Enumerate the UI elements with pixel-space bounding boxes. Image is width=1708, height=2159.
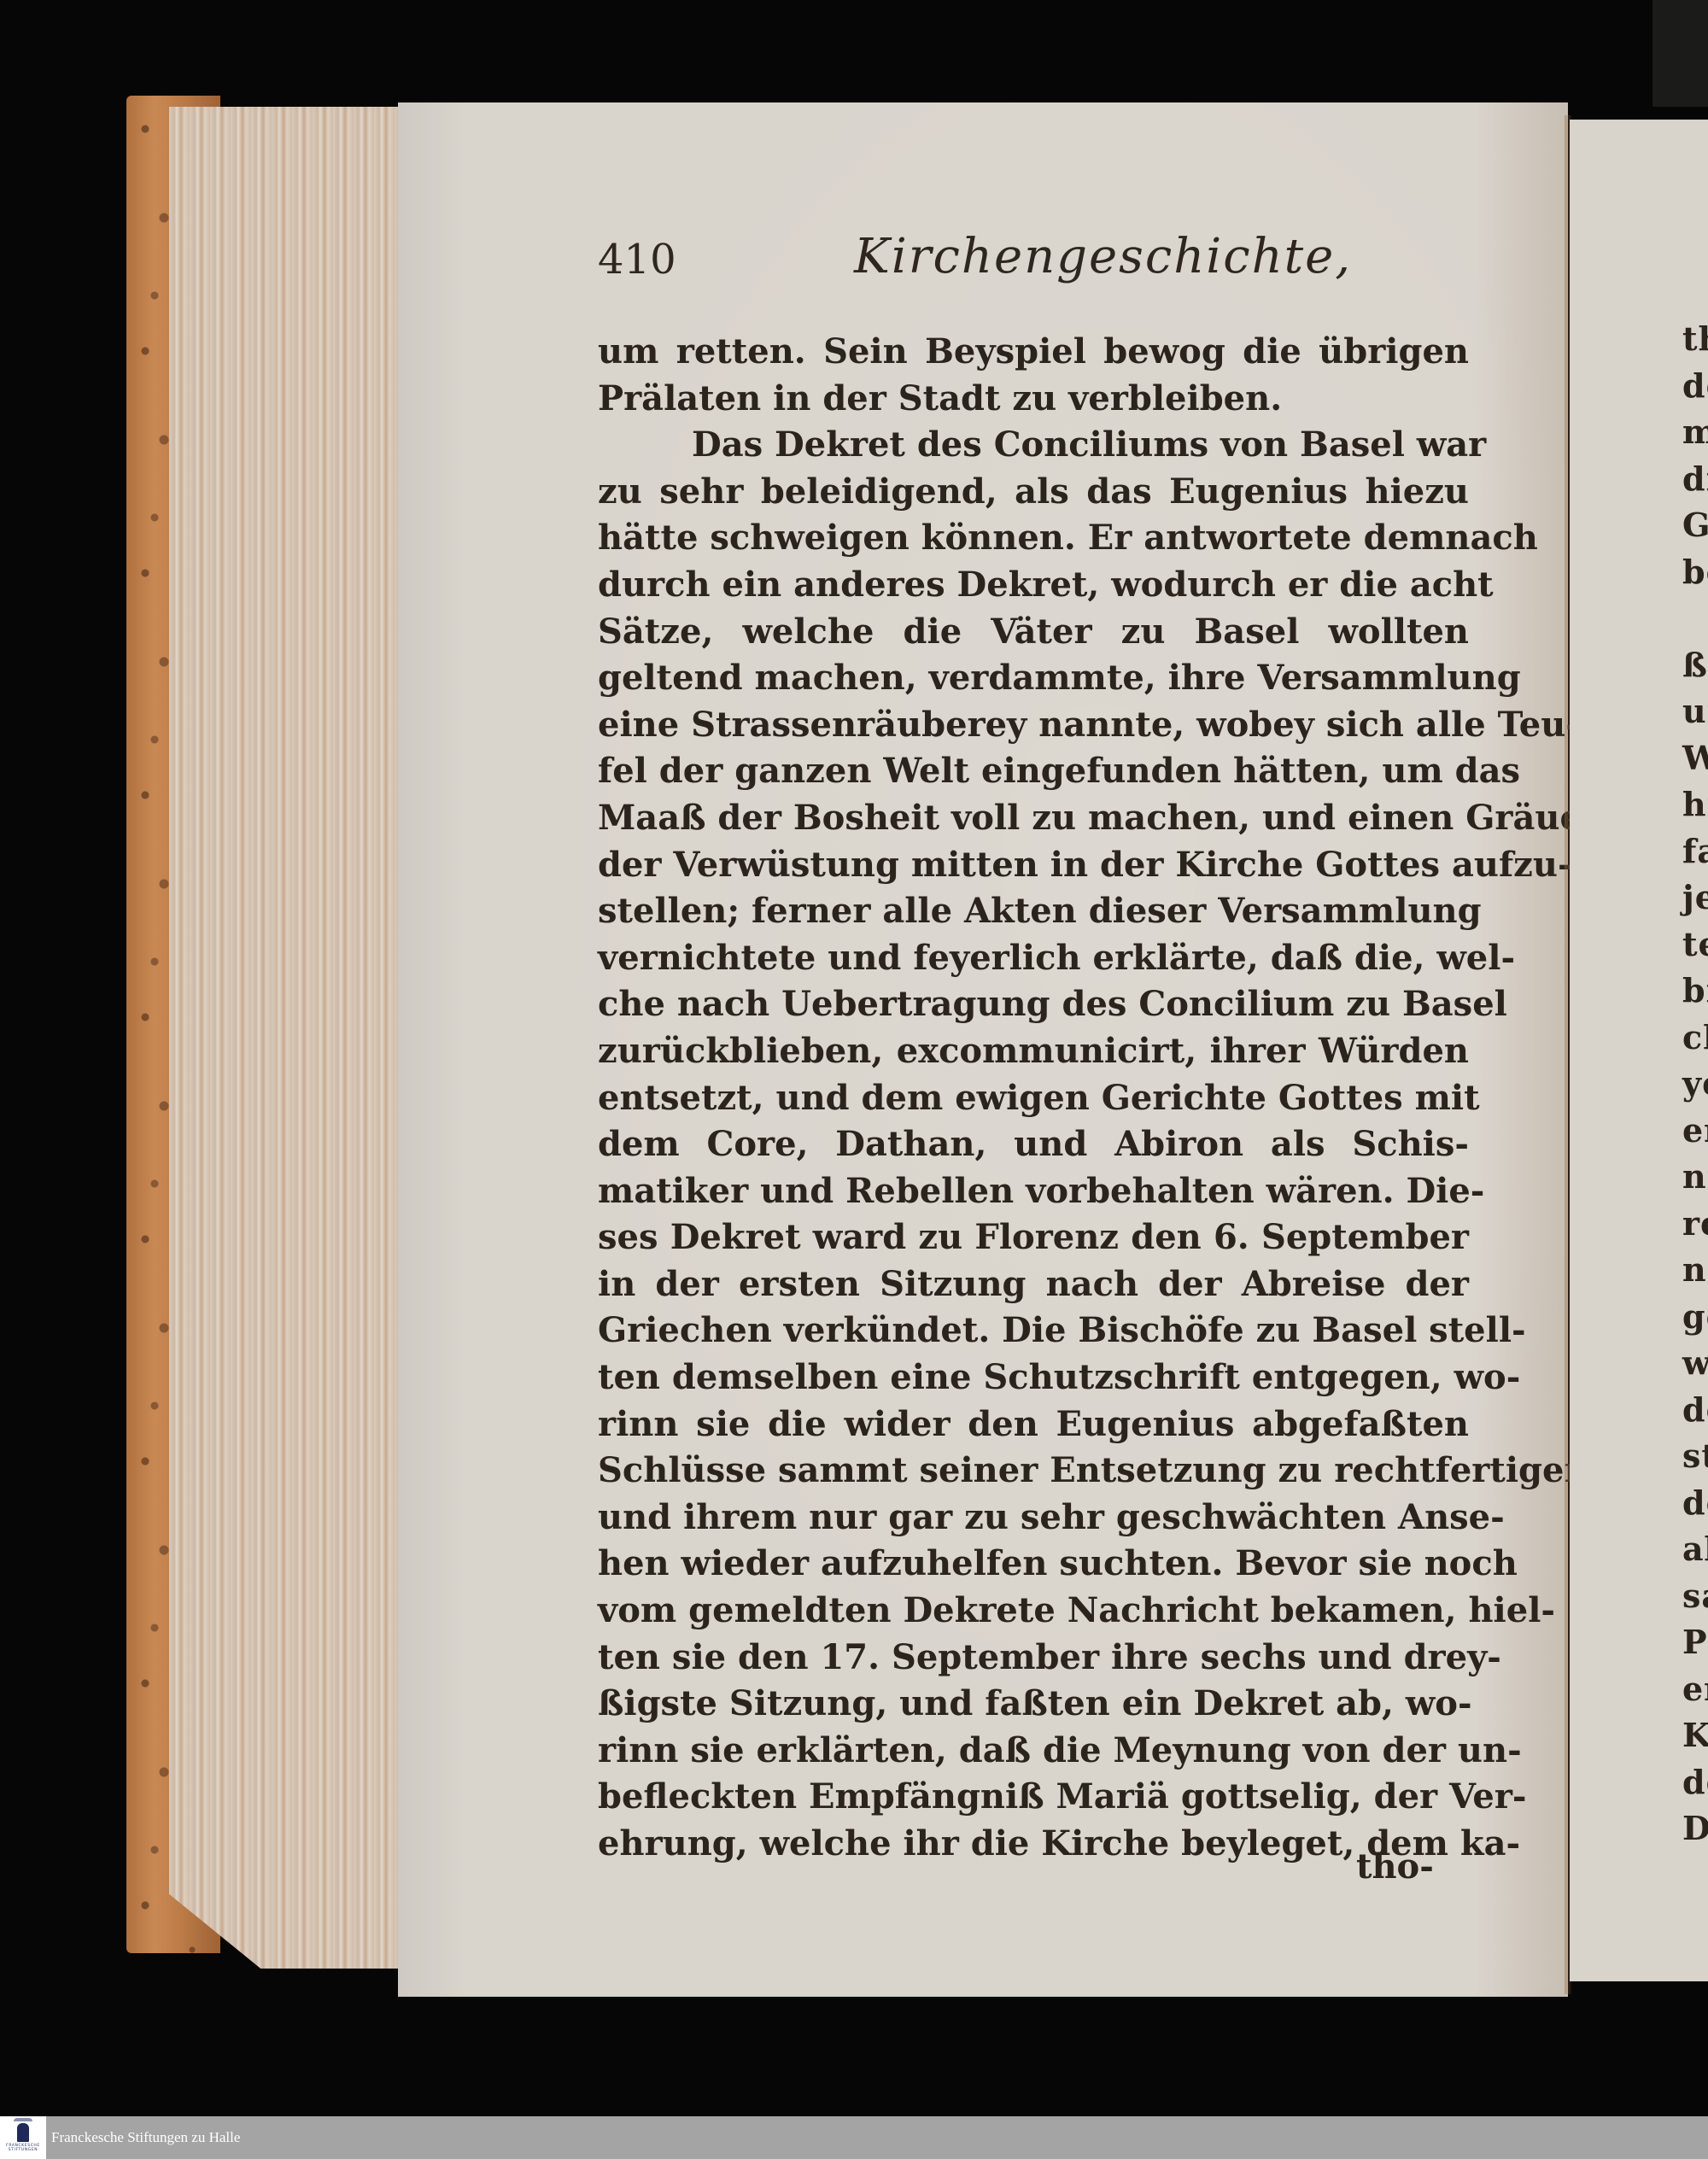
text-line: vom gemeldten Dekrete Nachricht bekamen,… bbox=[598, 1588, 1469, 1635]
text-line: ten sie den 17. September ihre sechs und… bbox=[598, 1635, 1469, 1682]
text-line: hätte schweigen können. Er antwortete de… bbox=[598, 515, 1469, 562]
text-line: dem Core, Dathan, und Abiron als Schis- bbox=[598, 1121, 1469, 1168]
text-line: entsetzt, und dem ewigen Gerichte Gottes… bbox=[598, 1075, 1469, 1122]
text-line: stellen; ferner alle Akten dieser Versam… bbox=[598, 888, 1469, 935]
institution-logo[interactable]: FRANCKESCHE STIFTUNGEN bbox=[0, 2116, 46, 2159]
text-line: Sätze, welche die Väter zu Basel wollten bbox=[598, 609, 1469, 656]
text-line: vernichtete und feyerlich erklärte, daß … bbox=[598, 935, 1469, 982]
text-line: durch ein anderes Dekret, wodurch er die… bbox=[598, 562, 1469, 609]
text-line: ses Dekret ward zu Florenz den 6. Septem… bbox=[598, 1214, 1469, 1261]
viewer-footer-bar: FRANCKESCHE STIFTUNGEN Franckesche Stift… bbox=[0, 2116, 1708, 2159]
text-line: Schlüsse sammt seiner Entsetzung zu rech… bbox=[598, 1448, 1469, 1495]
text-line: fel der ganzen Welt eingefunden hätten, … bbox=[598, 748, 1469, 795]
text-line: matiker und Rebellen vorbehalten wären. … bbox=[598, 1168, 1469, 1215]
logo-figure-icon bbox=[17, 2123, 29, 2142]
text-line: rinn sie erklärten, daß die Meynung von … bbox=[598, 1728, 1469, 1775]
book-page-edges bbox=[169, 107, 398, 1969]
text-line: ßigste Sitzung, und faßten ein Dekret ab… bbox=[598, 1681, 1469, 1728]
facing-page: th de m di G be ßi un W hi fa je te bi c… bbox=[1570, 120, 1708, 1981]
text-line: geltend machen, verdammte, ihre Versamml… bbox=[598, 655, 1469, 702]
text-line: Maaß der Bosheit voll zu machen, und ein… bbox=[598, 795, 1469, 842]
text-line: in der ersten Sitzung nach der Abreise d… bbox=[598, 1261, 1469, 1308]
text-line: ehrung, welche ihr die Kirche beyleget, … bbox=[598, 1821, 1469, 1868]
text-line: Griechen verkündet. Die Bischöfe zu Base… bbox=[598, 1308, 1469, 1354]
text-line: ten demselben eine Schutzschrift entgege… bbox=[598, 1354, 1469, 1401]
background-object bbox=[1652, 0, 1708, 107]
text-line: Das Dekret des Conciliums von Basel war bbox=[598, 422, 1469, 469]
institution-name: Franckesche Stiftungen zu Halle bbox=[51, 2129, 240, 2146]
text-line: rinn sie die wider den Eugenius abgefaßt… bbox=[598, 1401, 1469, 1448]
text-line: und ihrem nur gar zu sehr geschwächten A… bbox=[598, 1495, 1469, 1542]
text-line: der Verwüstung mitten in der Kirche Gott… bbox=[598, 842, 1469, 889]
logo-text: FRANCKESCHE STIFTUNGEN bbox=[6, 2144, 40, 2153]
text-line: eine Strassenräuberey nannte, wobey sich… bbox=[598, 702, 1469, 749]
page-header: 410 Kirchengeschichte, bbox=[598, 229, 1503, 289]
text-line: um retten. Sein Beyspiel bewog die übrig… bbox=[598, 329, 1469, 376]
text-line: zu sehr beleidigend, als das Eugenius hi… bbox=[598, 469, 1469, 516]
text-line: Prälaten in der Stadt zu verbleiben. bbox=[598, 376, 1469, 423]
facing-page-text-fragments: th de m di G be ßi un W hi fa je te bi c… bbox=[1682, 316, 1708, 1852]
running-head: Kirchengeschichte, bbox=[854, 229, 1352, 284]
text-line: che nach Uebertragung des Concilium zu B… bbox=[598, 981, 1469, 1028]
page-number: 410 bbox=[598, 236, 676, 284]
text-line: zurückblieben, excommunicirt, ihrer Würd… bbox=[598, 1028, 1469, 1075]
text-line: befleckten Empfängniß Mariä gottselig, d… bbox=[598, 1774, 1469, 1821]
page-body-text: um retten. Sein Beyspiel bewog die übrig… bbox=[598, 329, 1469, 1868]
text-line: hen wieder aufzuhelfen suchten. Bevor si… bbox=[598, 1541, 1469, 1588]
catchword: tho- bbox=[1356, 1846, 1434, 1887]
